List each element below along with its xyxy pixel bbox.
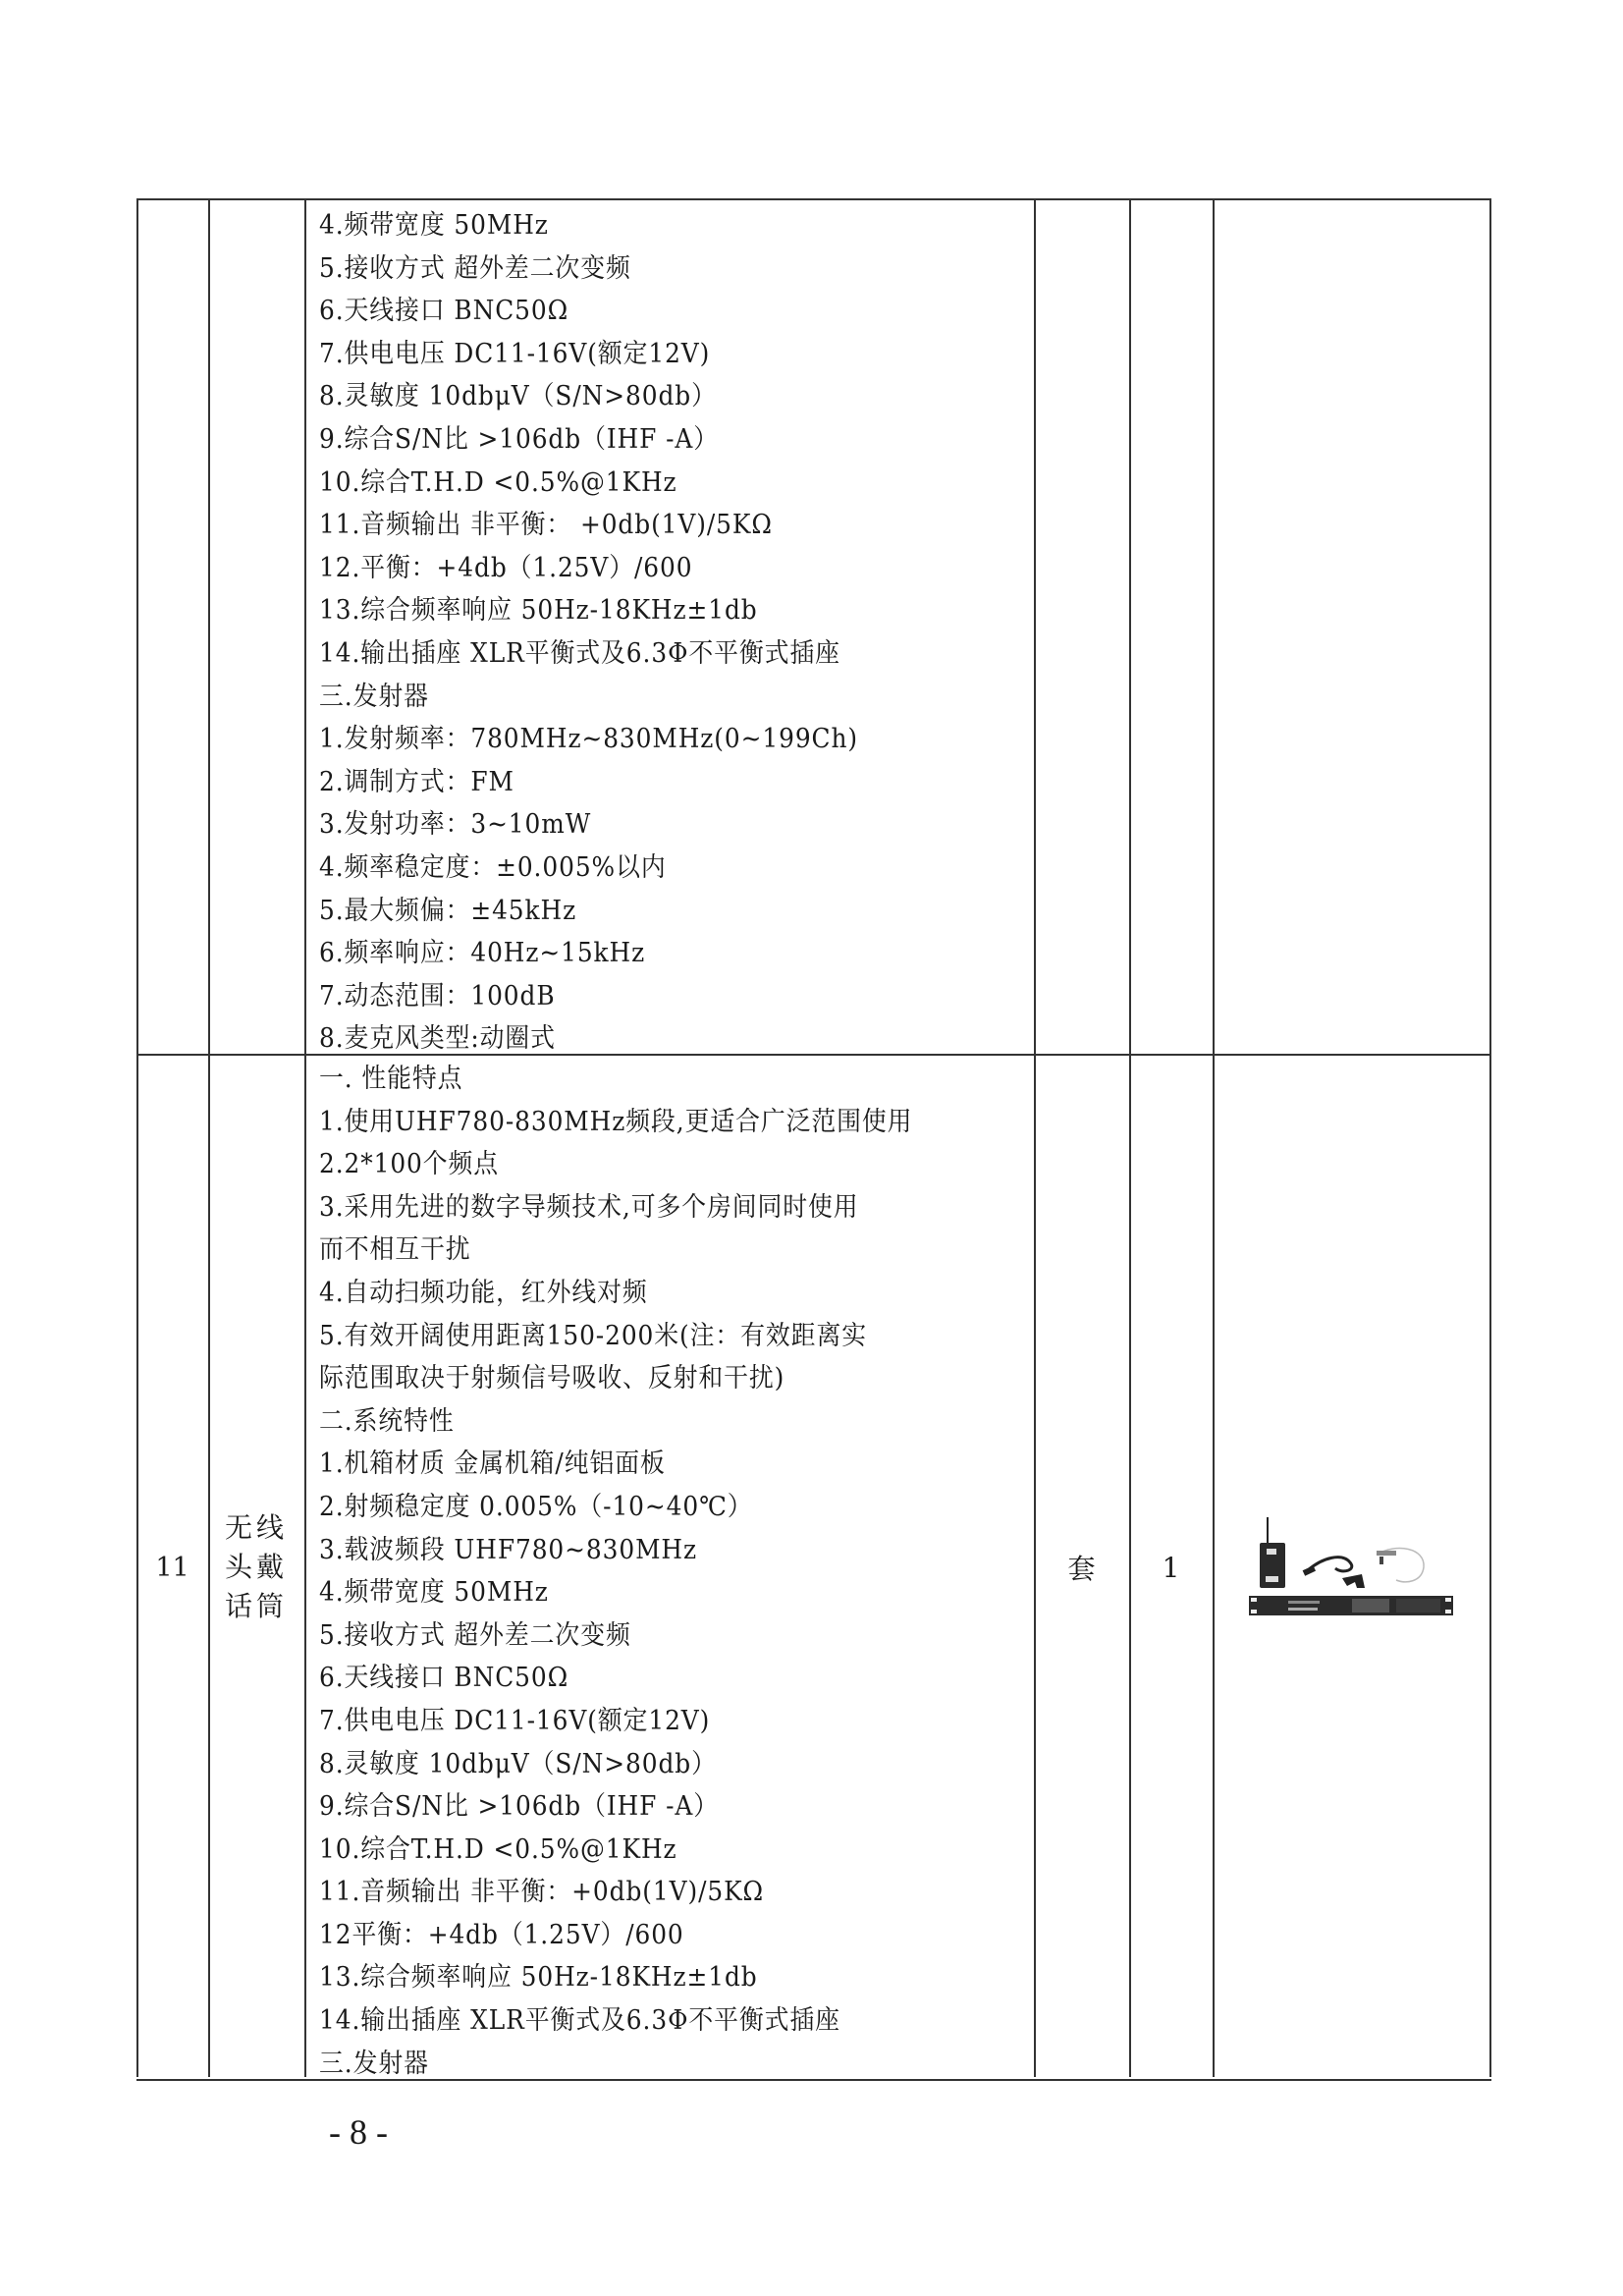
spec-line: 7.供电电压 DC11-16V(额定12V)	[319, 333, 821, 376]
spec-line: 11.音频输出 非平衡： +0db(1V)/5KΩ	[319, 504, 821, 547]
spec-line: 4.频率稳定度：±0.005%以内	[319, 847, 821, 890]
spec-line: 9.综合S/N比 >106db（IHF -A）	[319, 1785, 821, 1829]
spec-line: 9.综合S/N比 >106db（IHF -A）	[319, 418, 821, 462]
spec-line: 1.使用UHF780-830MHz频段,更适合广泛范围使用	[319, 1101, 821, 1144]
spec-line: 三.发射器	[319, 676, 821, 719]
item-quantity: 1	[1129, 1056, 1213, 2079]
spec-line: 8.灵敏度 10dbμV（S/N>80db）	[319, 375, 821, 418]
spec-list: 一. 性能特点1.使用UHF780-830MHz频段,更适合广泛范围使用2.2*…	[319, 1058, 864, 2085]
spec-line: 三.发射器	[319, 2043, 821, 2086]
item-number: 11	[136, 1056, 208, 2079]
spec-line: 7.供电电压 DC11-16V(额定12V)	[319, 1700, 821, 1743]
spec-line: 12.平衡：+4db（1.25V）/600	[319, 547, 821, 590]
spec-line: 4.频带宽度 50MHz	[319, 204, 821, 247]
spec-line: 7.动态范围：100dB	[319, 975, 821, 1018]
col-line	[136, 198, 138, 2077]
spec-table: 4.频带宽度 50MHz5.接收方式 超外差二次变频6.天线接口 BNC50Ω7…	[136, 198, 1491, 2077]
item-unit-text: 套	[1067, 1548, 1095, 1587]
spec-line: 5.有效开阔使用距离150-200米(注：有效距离实	[319, 1315, 821, 1358]
item-unit: 套	[1034, 1056, 1129, 2079]
spec-line: 1.发射频率：780MHz~830MHz(0~199Ch)	[319, 718, 821, 761]
spec-line: 4.自动扫频功能，红外线对频	[319, 1272, 821, 1315]
product-photo	[1249, 1513, 1455, 1621]
spec-line: 10.综合T.H.D <0.5%@1KHz	[319, 462, 821, 505]
spec-line: 6.天线接口 BNC50Ω	[319, 290, 821, 333]
spec-line: 3.载波频段 UHF780~830MHz	[319, 1529, 821, 1572]
spec-line: 1.机箱材质 金属机箱/纯铝面板	[319, 1443, 821, 1486]
spec-line: 2.射频稳定度 0.005%（-10~40℃）	[319, 1486, 821, 1529]
item-image	[1213, 1056, 1491, 2079]
spec-line: 5.接收方式 超外差二次变频	[319, 1614, 821, 1658]
spec-line: 6.天线接口 BNC50Ω	[319, 1657, 821, 1700]
spec-line: 5.接收方式 超外差二次变频	[319, 247, 821, 291]
col-line	[1489, 198, 1491, 2077]
spec-line: 12平衡：+4db（1.25V）/600	[319, 1914, 821, 1957]
spec-line: 二.系统特性	[319, 1400, 821, 1444]
table-row-continued: 4.频带宽度 50MHz5.接收方式 超外差二次变频6.天线接口 BNC50Ω7…	[136, 198, 1491, 1056]
col-line	[208, 198, 210, 2077]
item-number-text: 11	[155, 1553, 189, 1583]
spec-line: 5.最大频偏：±45kHz	[319, 890, 821, 933]
spec-line: 11.音频输出 非平衡：+0db(1V)/5KΩ	[319, 1871, 821, 1914]
col-line	[304, 198, 306, 2077]
spec-line: 13.综合频率响应 50Hz-18KHz±1db	[319, 589, 821, 632]
spec-line: 8.灵敏度 10dbμV（S/N>80db）	[319, 1743, 821, 1786]
col-line	[1034, 198, 1036, 2077]
item-quantity-text: 1	[1163, 1552, 1180, 1584]
spec-line: 而不相互干扰	[319, 1229, 821, 1272]
item-name: 无线头戴话筒	[208, 1056, 304, 2079]
spec-line: 3.采用先进的数字导频技术,可多个房间同时使用	[319, 1186, 821, 1230]
col-line	[1129, 198, 1131, 2077]
spec-line: 14.输出插座 XLR平衡式及6.3Φ不平衡式插座	[319, 632, 821, 676]
spec-list: 4.频带宽度 50MHz5.接收方式 超外差二次变频6.天线接口 BNC50Ω7…	[319, 204, 864, 1061]
spec-line: 3.发射功率：3~10mW	[319, 803, 821, 847]
item-name-text: 无线头戴话筒	[225, 1508, 288, 1626]
spec-line: 际范围取决于射频信号吸收、反射和干扰)	[319, 1357, 821, 1400]
table-row-item-11: 11 无线头戴话筒 一. 性能特点1.使用UHF780-830MHz频段,更适合…	[136, 1054, 1491, 2081]
col-line	[1213, 198, 1215, 2077]
spec-line: 13.综合频率响应 50Hz-18KHz±1db	[319, 1956, 821, 1999]
spec-line: 一. 性能特点	[319, 1058, 821, 1101]
spec-line: 4.频带宽度 50MHz	[319, 1571, 821, 1614]
spec-line: 10.综合T.H.D <0.5%@1KHz	[319, 1829, 821, 1872]
page-number: - 8 -	[329, 2111, 388, 2153]
spec-line: 2.2*100个频点	[319, 1143, 821, 1186]
spec-line: 6.频率响应：40Hz~15kHz	[319, 932, 821, 975]
spec-line: 14.输出插座 XLR平衡式及6.3Φ不平衡式插座	[319, 1999, 821, 2043]
headset-mic-system-icon	[1249, 1513, 1455, 1621]
spec-line: 2.调制方式：FM	[319, 761, 821, 804]
